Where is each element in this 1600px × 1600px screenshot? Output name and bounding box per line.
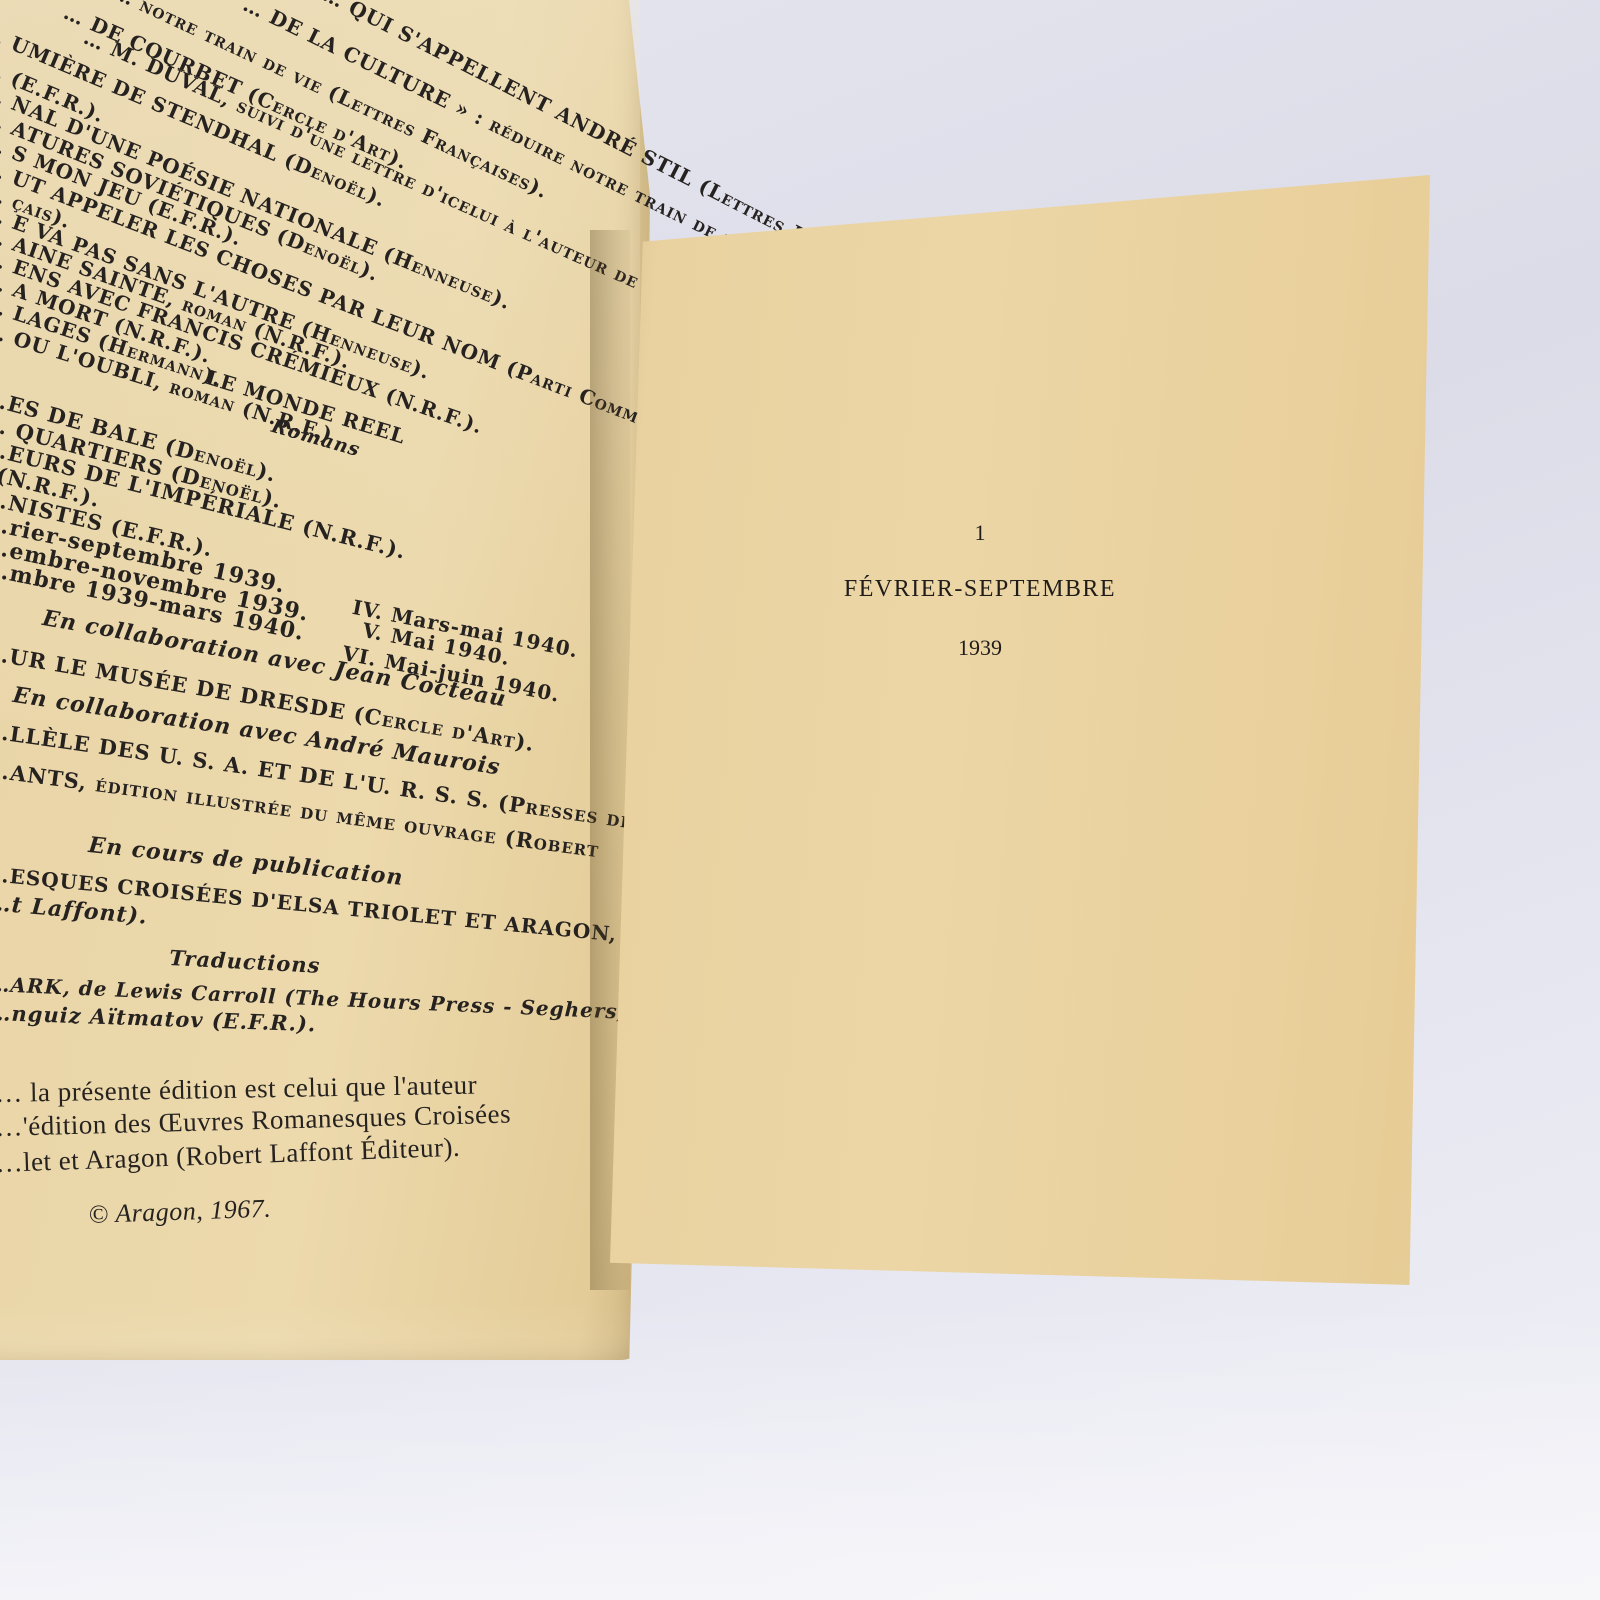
photo-scene: … QUI S'APPELLENT ANDRÉ STIL (Lettres Fr… xyxy=(0,0,1600,1600)
chapter-number: 1 xyxy=(770,520,1190,546)
chapter-title: FÉVRIER-SEPTEMBRE xyxy=(770,576,1190,603)
copyright: © Aragon, 1967. xyxy=(88,1194,272,1230)
chapter-year: 1939 xyxy=(770,635,1190,661)
right-page xyxy=(610,175,1430,1285)
surface-reflection xyxy=(0,1300,1600,1600)
chapter-title-block: 1 FÉVRIER-SEPTEMBRE 1939 xyxy=(770,520,1190,661)
